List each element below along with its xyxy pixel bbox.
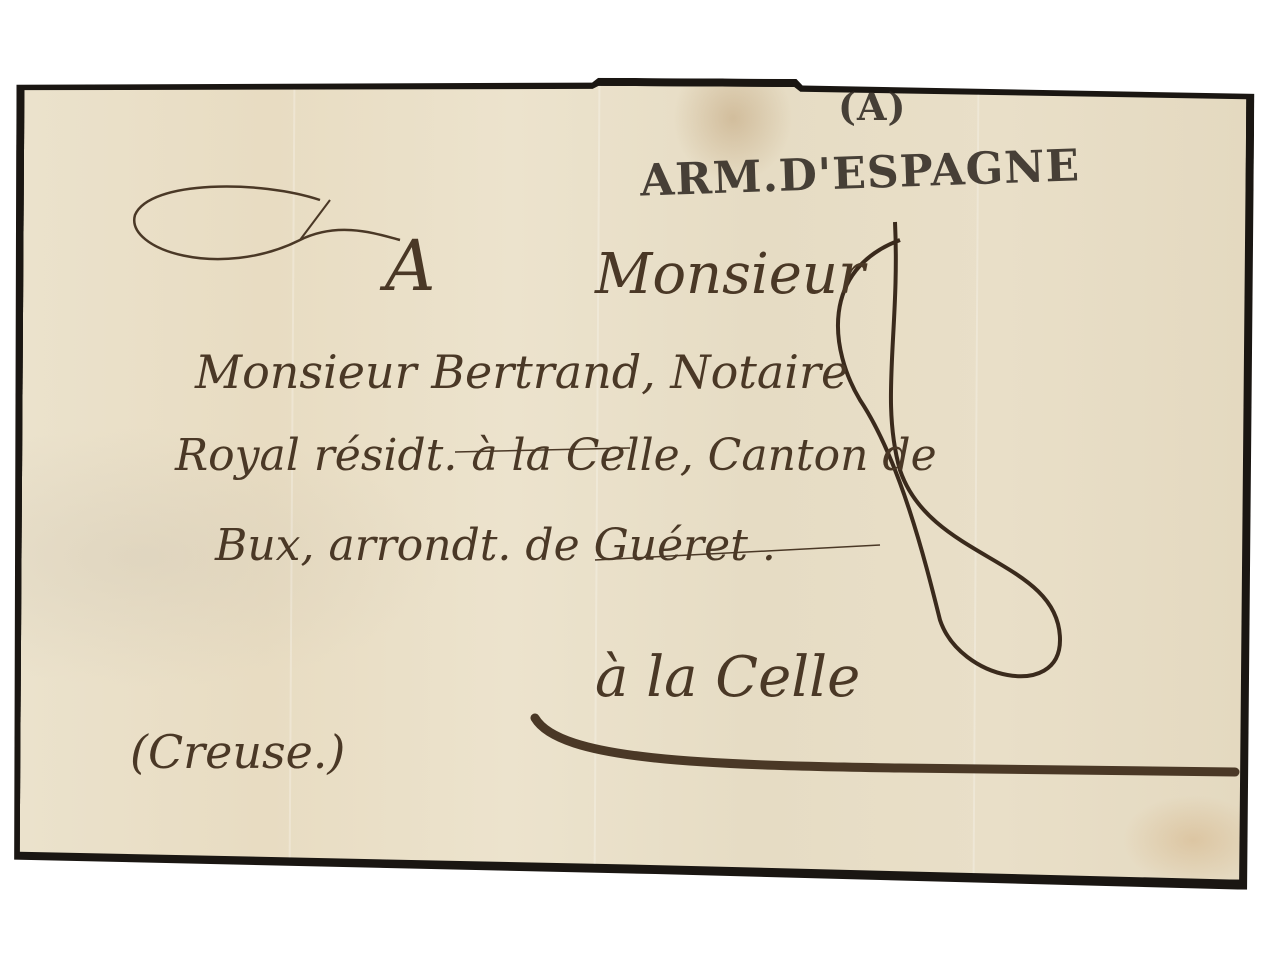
address-a: A	[385, 225, 436, 307]
department-note: (Creuse.)	[130, 725, 345, 779]
address-line-bertrand: Monsieur Bertrand, Notaire	[195, 345, 848, 399]
address-destination: à la Celle	[595, 645, 860, 710]
address-line-bux: Bux, arrondt. de Guéret .	[215, 520, 776, 571]
address-line-royal: Royal résidt. à la Celle, Canton de	[175, 430, 937, 481]
address-monsieur-1: Monsieur	[595, 242, 865, 307]
